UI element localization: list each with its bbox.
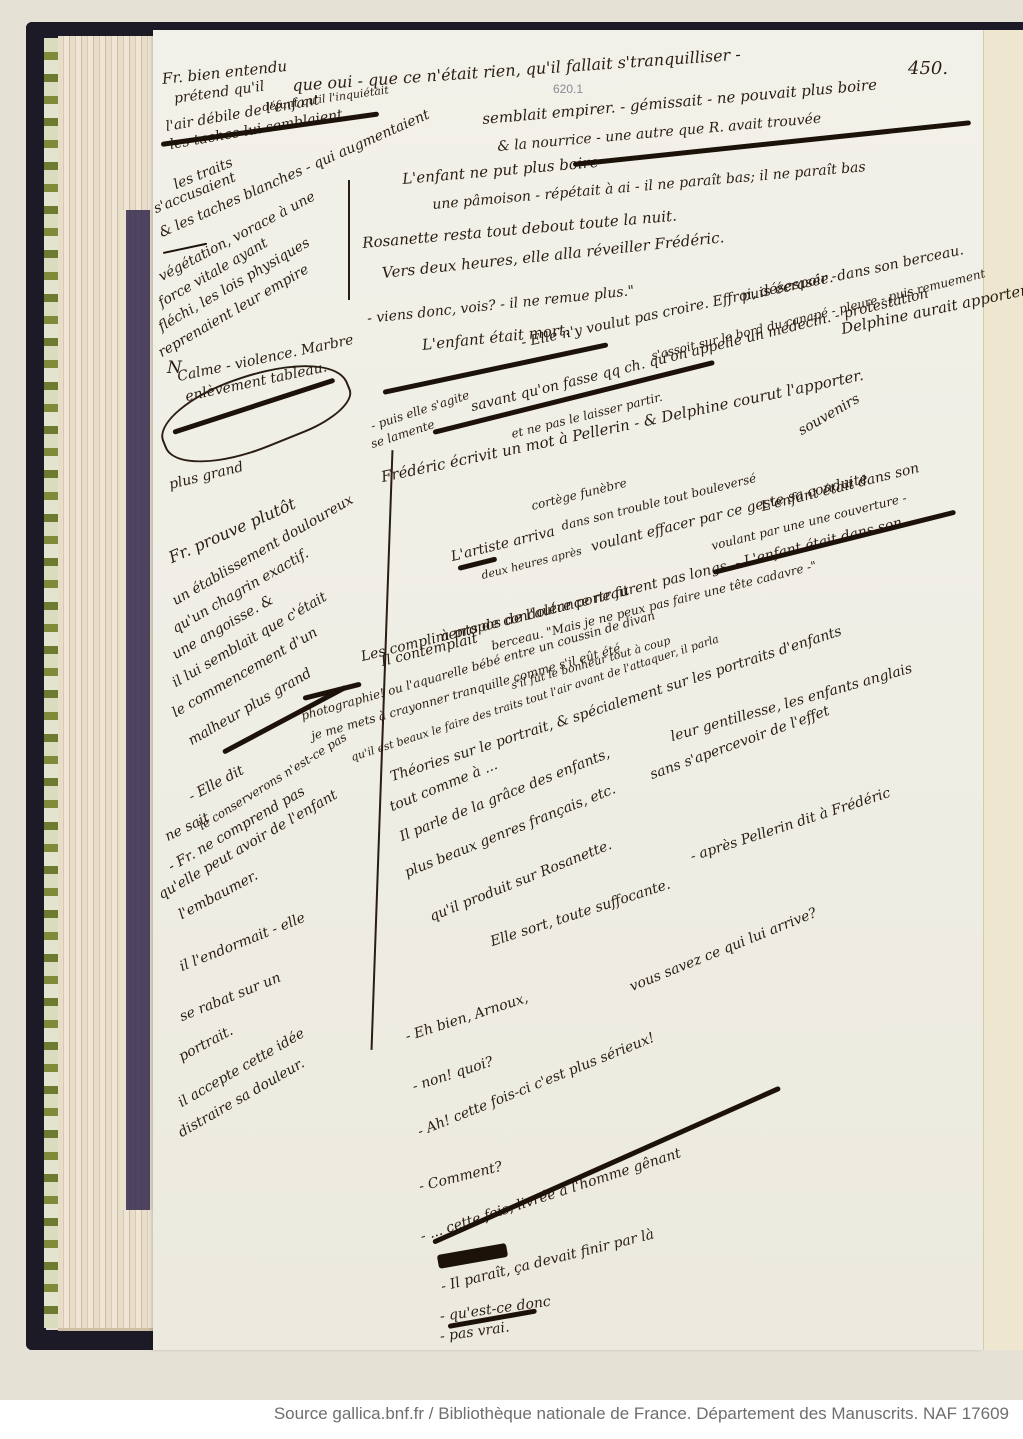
manuscript-line: - non! quoi?: [411, 1055, 495, 1094]
manuscript-line-struck: L'enfant ne put plus boire: [402, 155, 600, 187]
manuscript-page: 450. 620.1 Fr. bien entendu prétend qu'i…: [153, 30, 983, 1350]
manuscript-line: - Comment?: [418, 1160, 504, 1194]
source-caption: Source gallica.bnf.fr / Bibliothèque nat…: [274, 1404, 1009, 1424]
manuscript-line: - Eh bien, Arnoux,: [404, 991, 530, 1044]
manuscript-line: - après Pellerin dit à Frédéric: [689, 786, 892, 864]
manuscript-line: vous savez ce qui lui arrive?: [628, 906, 819, 994]
manuscript-line: - Ah! cette fois-ci c'est plus sérieux!: [416, 1031, 657, 1139]
purple-tab-strip: [120, 210, 156, 1210]
margin-note: se rabat sur un: [178, 971, 283, 1024]
manuscript-photograph: 450. 620.1 Fr. bien entendu prétend qu'i…: [0, 0, 1023, 1400]
margin-note: portrait.: [176, 1024, 235, 1064]
pencil-number: 620.1: [553, 82, 583, 96]
manuscript-line: puis écrasée. dans son berceau.: [740, 243, 965, 304]
book-spine-edge: [26, 22, 46, 1350]
folio-number: 450.: [908, 58, 948, 79]
margin-note: il l'endormait - elle: [178, 911, 307, 974]
bracket: [348, 180, 350, 300]
facing-page-edge: [983, 30, 1023, 1350]
margin-note: plus grand: [168, 460, 245, 492]
manuscript-line: souvenirs: [796, 392, 862, 438]
